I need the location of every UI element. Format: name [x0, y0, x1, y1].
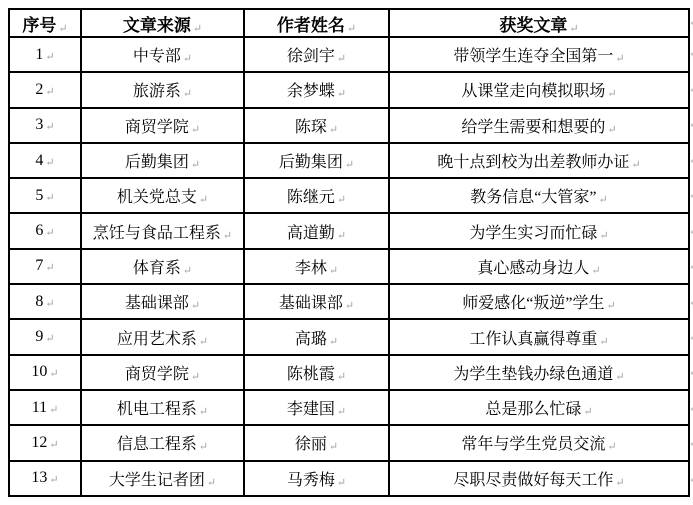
end-of-cell-mark: ↵	[631, 159, 640, 171]
cell-text: 徐丽	[295, 436, 327, 453]
cell-text: 获奖文章	[499, 16, 567, 35]
cell-article: 为学生实习而忙碌↵	[389, 213, 689, 248]
table-row: 6↵烹饪与食品工程系↵高道勤↵为学生实习而忙碌↵	[9, 213, 689, 248]
cell-article: 师爱感化“叛逆”学生↵	[389, 284, 689, 319]
table-row: 9↵应用艺术系↵高璐↵工作认真赢得尊重↵	[9, 319, 689, 354]
end-of-cell-mark: ↵	[191, 159, 200, 171]
cell-author: 后勤集团↵	[244, 143, 389, 178]
cell-source: 旅游系↵	[81, 72, 244, 107]
cell-text: 3	[35, 116, 43, 133]
cell-text: 工作认真赢得尊重	[469, 331, 597, 348]
column-header-author: 作者姓名↵	[244, 9, 389, 37]
cell-article: 带领学生连夺全国第一↵	[389, 37, 689, 72]
cell-text: 旅游系	[133, 83, 181, 100]
end-of-cell-mark: ↵	[58, 23, 67, 35]
end-of-cell-mark: ↵	[45, 298, 54, 310]
cell-text: 后勤集团	[125, 154, 189, 171]
cell-index: 8↵	[9, 284, 81, 319]
end-of-row-mark: ↵	[689, 391, 693, 426]
end-of-cell-mark: ↵	[49, 474, 58, 486]
cell-text: 带领学生连夺全国第一	[453, 48, 613, 65]
cell-text: 总是那么忙碌	[485, 401, 581, 418]
end-of-cell-mark: ↵	[199, 441, 208, 453]
cell-article: 工作认真赢得尊重↵	[389, 319, 689, 354]
cell-text: 为学生垫钱办绿色通道	[453, 366, 613, 383]
end-of-cell-mark: ↵	[591, 265, 600, 277]
end-of-row-mark: ↵	[689, 36, 693, 71]
cell-text: 9	[35, 328, 43, 345]
end-of-cell-mark: ↵	[607, 124, 616, 136]
column-header-index: 序号↵	[9, 9, 81, 37]
cell-index: 7↵	[9, 249, 81, 284]
cell-text: 体育系	[133, 260, 181, 277]
end-of-row-mark: ↵	[689, 178, 693, 213]
cell-author: 马秀梅↵	[244, 461, 389, 496]
cell-text: 作者姓名	[277, 16, 345, 35]
end-of-cell-mark: ↵	[347, 23, 356, 35]
cell-author: 高道勤↵	[244, 213, 389, 248]
cell-text: 高道勤	[287, 225, 335, 242]
cell-text: 常年与学生党员交流	[461, 436, 605, 453]
cell-text: 后勤集团	[279, 154, 343, 171]
cell-index: 10↵	[9, 355, 81, 390]
end-of-cell-mark: ↵	[45, 262, 54, 274]
cell-text: 8	[35, 293, 43, 310]
end-of-row-mark: ↵	[689, 249, 693, 284]
cell-source: 商贸学院↵	[81, 108, 244, 143]
cell-article: 尽职尽责做好每天工作↵	[389, 461, 689, 496]
table-row: 10↵商贸学院↵陈桃霞↵为学生垫钱办绿色通道↵	[9, 355, 689, 390]
table-row: 12↵信息工程系↵徐丽↵常年与学生党员交流↵	[9, 425, 689, 460]
cell-author: 陈桃霞↵	[244, 355, 389, 390]
cell-text: 6	[35, 222, 43, 239]
end-of-cell-mark: ↵	[45, 157, 54, 169]
table-row: 3↵商贸学院↵陈琛↵给学生需要和想要的↵	[9, 108, 689, 143]
cell-author: 陈琛↵	[244, 108, 389, 143]
end-of-cell-mark: ↵	[599, 336, 608, 348]
cell-author: 高璐↵	[244, 319, 389, 354]
end-of-cell-mark: ↵	[183, 53, 192, 65]
cell-index: 5↵	[9, 178, 81, 213]
end-of-cell-mark: ↵	[599, 230, 608, 242]
cell-source: 烹饪与食品工程系↵	[81, 213, 244, 248]
table-container: 序号↵文章来源↵作者姓名↵获奖文章↵ 1↵中专部↵徐剑宇↵带领学生连夺全国第一↵…	[8, 8, 688, 497]
end-of-row-mark: ↵	[689, 71, 693, 106]
cell-text: 为学生实习而忙碌	[469, 225, 597, 242]
end-of-cell-mark: ↵	[615, 371, 624, 383]
cell-text: 陈琛	[295, 119, 327, 136]
cell-text: 李建国	[287, 401, 335, 418]
cell-author: 余梦蝶↵	[244, 72, 389, 107]
end-of-row-mark: ↵	[689, 8, 693, 36]
end-of-cell-mark: ↵	[45, 51, 54, 63]
cell-author: 徐丽↵	[244, 425, 389, 460]
end-of-cell-mark: ↵	[329, 441, 338, 453]
cell-source: 基础课部↵	[81, 284, 244, 319]
cell-text: 师爱感化“叛逆”学生	[462, 295, 604, 312]
cell-text: 从课堂走向模拟职场	[461, 83, 605, 100]
cell-author: 基础课部↵	[244, 284, 389, 319]
end-of-cell-mark: ↵	[337, 53, 346, 65]
cell-text: 给学生需要和想要的	[461, 119, 605, 136]
end-of-row-mark: ↵	[689, 142, 693, 177]
end-of-cell-mark: ↵	[49, 368, 58, 380]
table-row: 1↵中专部↵徐剑宇↵带领学生连夺全国第一↵	[9, 37, 689, 72]
cell-text: 4	[35, 152, 43, 169]
end-of-cell-mark: ↵	[193, 23, 202, 35]
cell-index: 4↵	[9, 143, 81, 178]
end-of-cell-mark: ↵	[337, 406, 346, 418]
cell-text: 晚十点到校为出差教师办证	[437, 154, 629, 171]
end-of-cell-mark: ↵	[615, 477, 624, 489]
cell-text: 徐剑宇	[287, 48, 335, 65]
end-of-row-mark: ↵	[689, 213, 693, 248]
end-of-row-mark: ↵	[689, 107, 693, 142]
cell-article: 真心感动身边人↵	[389, 249, 689, 284]
end-of-cell-mark: ↵	[183, 265, 192, 277]
cell-source: 信息工程系↵	[81, 425, 244, 460]
end-of-cell-mark: ↵	[337, 371, 346, 383]
end-of-cell-mark: ↵	[45, 192, 54, 204]
cell-text: 机电工程系	[117, 401, 197, 418]
table-row: 7↵体育系↵李林↵真心感动身边人↵	[9, 249, 689, 284]
cell-text: 1	[35, 46, 43, 63]
end-of-cell-mark: ↵	[199, 336, 208, 348]
document-page: 序号↵文章来源↵作者姓名↵获奖文章↵ 1↵中专部↵徐剑宇↵带领学生连夺全国第一↵…	[0, 0, 693, 505]
cell-author: 徐剑宇↵	[244, 37, 389, 72]
table-row: 13↵大学生记者团↵马秀梅↵尽职尽责做好每天工作↵	[9, 461, 689, 496]
cell-text: 基础课部	[279, 295, 343, 312]
cell-article: 常年与学生党员交流↵	[389, 425, 689, 460]
end-of-row-mark: ↵	[689, 284, 693, 319]
cell-text: 信息工程系	[117, 436, 197, 453]
cell-index: 13↵	[9, 461, 81, 496]
cell-article: 为学生垫钱办绿色通道↵	[389, 355, 689, 390]
cell-text: 余梦蝶	[287, 83, 335, 100]
header-row: 序号↵文章来源↵作者姓名↵获奖文章↵	[9, 9, 689, 37]
cell-text: 13	[31, 469, 47, 486]
table-row: 4↵后勤集团↵后勤集团↵晚十点到校为出差教师办证↵	[9, 143, 689, 178]
end-of-cell-mark: ↵	[329, 265, 338, 277]
end-of-cell-mark: ↵	[45, 86, 54, 98]
cell-text: 10	[31, 363, 47, 380]
cell-source: 机关党总支↵	[81, 178, 244, 213]
cell-source: 机电工程系↵	[81, 390, 244, 425]
cell-author: 李林↵	[244, 249, 389, 284]
cell-article: 给学生需要和想要的↵	[389, 108, 689, 143]
cell-text: 尽职尽责做好每天工作	[453, 472, 613, 489]
cell-index: 3↵	[9, 108, 81, 143]
end-of-cell-mark: ↵	[191, 371, 200, 383]
cell-text: 马秀梅	[287, 472, 335, 489]
cell-text: 机关党总支	[117, 189, 197, 206]
cell-text: 陈继元	[287, 189, 335, 206]
end-of-cell-mark: ↵	[599, 194, 608, 206]
cell-text: 基础课部	[125, 295, 189, 312]
end-of-cell-mark: ↵	[329, 124, 338, 136]
cell-index: 6↵	[9, 213, 81, 248]
cell-article: 从课堂走向模拟职场↵	[389, 72, 689, 107]
end-of-cell-mark: ↵	[49, 404, 58, 416]
cell-text: 5	[35, 187, 43, 204]
end-of-row-mark: ↵	[689, 462, 693, 497]
cell-text: 应用艺术系	[117, 331, 197, 348]
cell-text: 11	[32, 399, 47, 416]
end-of-row-mark: ↵	[689, 320, 693, 355]
table-row: 8↵基础课部↵基础课部↵师爱感化“叛逆”学生↵	[9, 284, 689, 319]
cell-source: 商贸学院↵	[81, 355, 244, 390]
end-of-cell-mark: ↵	[49, 439, 58, 451]
end-of-cell-mark: ↵	[183, 88, 192, 100]
cell-text: 商贸学院	[125, 119, 189, 136]
cell-text: 中专部	[133, 48, 181, 65]
end-of-cell-mark: ↵	[607, 88, 616, 100]
cell-text: 序号	[22, 16, 56, 35]
end-of-cell-mark: ↵	[199, 406, 208, 418]
column-header-article: 获奖文章↵	[389, 9, 689, 37]
cell-author: 陈继元↵	[244, 178, 389, 213]
cell-source: 大学生记者团↵	[81, 461, 244, 496]
cell-index: 2↵	[9, 72, 81, 107]
cell-source: 后勤集团↵	[81, 143, 244, 178]
table-row: 11↵机电工程系↵李建国↵总是那么忙碌↵	[9, 390, 689, 425]
end-of-cell-mark: ↵	[345, 300, 354, 312]
cell-text: 12	[31, 434, 47, 451]
cell-article: 教务信息“大管家”↵	[389, 178, 689, 213]
cell-text: 高璐	[295, 331, 327, 348]
end-of-cell-mark: ↵	[45, 227, 54, 239]
cell-index: 12↵	[9, 425, 81, 460]
end-of-cell-mark: ↵	[329, 336, 338, 348]
cell-text: 烹饪与食品工程系	[93, 225, 221, 242]
cell-author: 李建国↵	[244, 390, 389, 425]
cell-text: 2	[35, 81, 43, 98]
end-of-cell-mark: ↵	[207, 477, 216, 489]
table-row: 2↵旅游系↵余梦蝶↵从课堂走向模拟职场↵	[9, 72, 689, 107]
end-of-cell-mark: ↵	[607, 441, 616, 453]
cell-source: 应用艺术系↵	[81, 319, 244, 354]
row-end-marks: ↵↵↵↵↵↵↵↵↵↵↵↵↵↵	[689, 8, 693, 497]
end-of-cell-mark: ↵	[199, 194, 208, 206]
end-of-row-mark: ↵	[689, 426, 693, 461]
end-of-cell-mark: ↵	[45, 333, 54, 345]
column-header-source: 文章来源↵	[81, 9, 244, 37]
end-of-cell-mark: ↵	[45, 121, 54, 133]
end-of-cell-mark: ↵	[337, 88, 346, 100]
end-of-cell-mark: ↵	[583, 406, 592, 418]
cell-index: 11↵	[9, 390, 81, 425]
table-body: 1↵中专部↵徐剑宇↵带领学生连夺全国第一↵2↵旅游系↵余梦蝶↵从课堂走向模拟职场…	[9, 37, 689, 496]
end-of-cell-mark: ↵	[607, 300, 616, 312]
end-of-row-mark: ↵	[689, 355, 693, 390]
table-header: 序号↵文章来源↵作者姓名↵获奖文章↵	[9, 9, 689, 37]
end-of-cell-mark: ↵	[615, 53, 624, 65]
end-of-cell-mark: ↵	[223, 230, 232, 242]
cell-index: 9↵	[9, 319, 81, 354]
cell-source: 中专部↵	[81, 37, 244, 72]
cell-text: 文章来源	[123, 16, 191, 35]
end-of-cell-mark: ↵	[191, 124, 200, 136]
end-of-cell-mark: ↵	[337, 194, 346, 206]
cell-text: 7	[35, 257, 43, 274]
end-of-cell-mark: ↵	[569, 23, 578, 35]
cell-article: 总是那么忙碌↵	[389, 390, 689, 425]
award-articles-table: 序号↵文章来源↵作者姓名↵获奖文章↵ 1↵中专部↵徐剑宇↵带领学生连夺全国第一↵…	[8, 8, 690, 497]
cell-text: 大学生记者团	[109, 472, 205, 489]
cell-article: 晚十点到校为出差教师办证↵	[389, 143, 689, 178]
cell-text: 真心感动身边人	[477, 260, 589, 277]
end-of-cell-mark: ↵	[345, 159, 354, 171]
cell-index: 1↵	[9, 37, 81, 72]
table-row: 5↵机关党总支↵陈继元↵教务信息“大管家”↵	[9, 178, 689, 213]
end-of-cell-mark: ↵	[337, 230, 346, 242]
cell-text: 陈桃霞	[287, 366, 335, 383]
end-of-cell-mark: ↵	[337, 477, 346, 489]
cell-text: 教务信息“大管家”	[470, 189, 596, 206]
cell-text: 李林	[295, 260, 327, 277]
cell-text: 商贸学院	[125, 366, 189, 383]
cell-source: 体育系↵	[81, 249, 244, 284]
end-of-cell-mark: ↵	[191, 300, 200, 312]
